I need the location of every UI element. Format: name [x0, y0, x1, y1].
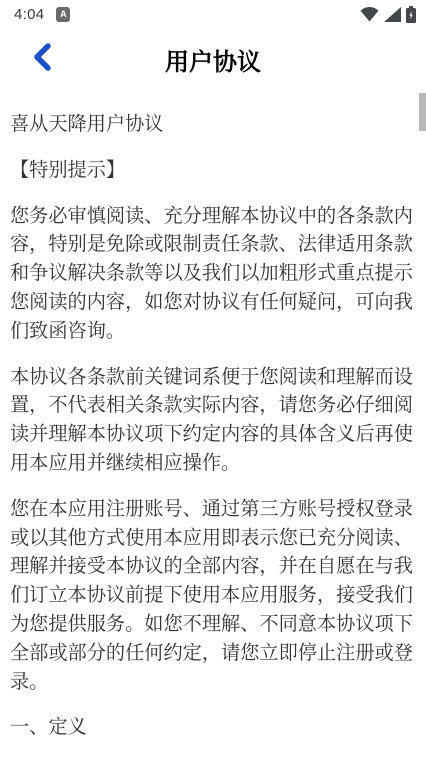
user-agreement-screen: { "status_bar": { "time": "4:04", "notif… [0, 0, 426, 759]
agreement-title-line: 喜从天降用户协议 [10, 111, 416, 140]
page-title: 用户协议 [165, 42, 261, 77]
agreement-paragraph: 您在本应用注册账号、通过第三方账号授权登录或以其他方式使用本应用即表示您已充分阅… [10, 496, 416, 698]
cellular-signal-icon [384, 7, 401, 22]
back-button[interactable] [26, 41, 58, 73]
status-bar: 4:04 A [0, 0, 426, 28]
special-notice-heading: 【特别提示】 [10, 157, 416, 186]
agreement-paragraph: 您务必审慎阅读、充分理解本协议中的各条款内容，特别是免除或限制责任条款、法律适用… [10, 203, 416, 347]
battery-charging-icon [406, 6, 416, 23]
section-heading-definitions: 一、定义 [10, 714, 416, 743]
clock: 4:04 [14, 6, 44, 23]
scrollbar-thumb[interactable] [419, 93, 426, 131]
status-icons [360, 6, 416, 23]
notification-app-icon: A [56, 7, 70, 22]
agreement-paragraph: 本协议各条款前关键词系便于您阅读和理解而设置，不代表相关条款实际内容，请您务必仔… [10, 364, 416, 479]
header: 用户协议 [0, 28, 426, 90]
agreement-content: 喜从天降用户协议 【特别提示】 您务必审慎阅读、充分理解本协议中的各条款内容，特… [0, 90, 426, 743]
wifi-icon [360, 7, 379, 22]
